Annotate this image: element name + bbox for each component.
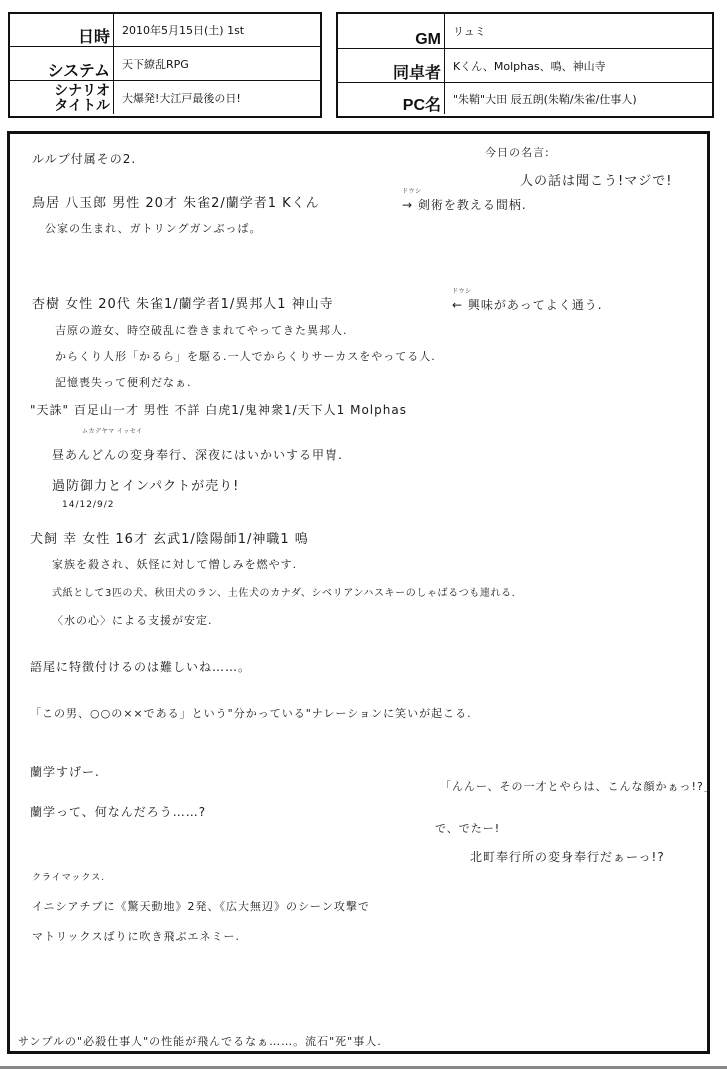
row-date: 日時 2010年5月15日(土) 1st bbox=[10, 14, 320, 47]
players-value: Kくん、Molphas、鳴、神山寺 bbox=[445, 49, 712, 82]
note-rangaku-2: 蘭学って、何なんだろう……? bbox=[30, 803, 206, 820]
date-value: 2010年5月15日(土) 1st bbox=[114, 14, 320, 46]
pc-name-label: PC名 bbox=[338, 83, 445, 114]
note-climax: クライマックス. bbox=[32, 870, 105, 883]
pc3-header: "天誅" 百足山一才 男性 不詳 白虎1/鬼神衆1/天下人1 Molphas bbox=[30, 401, 407, 418]
row-system: システム 天下繚乱RPG bbox=[10, 47, 320, 81]
session-info-table-right: GM リュミ 同卓者 Kくん、Molphas、鳴、神山寺 PC名 "朱鞘"大田 … bbox=[336, 12, 714, 118]
row-scenario: シナリオ タイトル 大爆発!大江戸最後の日! bbox=[10, 81, 320, 114]
pc4-desc-2: 式紙として3匹の犬、秋田犬のラン、土佐犬のカナダ、シベリアンハスキーのしゃばるつ… bbox=[52, 584, 515, 599]
players-label: 同卓者 bbox=[338, 49, 445, 82]
pc1-desc: 公家の生まれ、ガトリングガンぶっぱ。 bbox=[45, 220, 261, 236]
pc1-relation: → 剣術を教える間柄. bbox=[402, 196, 527, 213]
gm-label: GM bbox=[338, 14, 445, 48]
quote-text: 人の話は聞こう!マジで! bbox=[520, 170, 672, 189]
date-label: 日時 bbox=[10, 14, 114, 46]
row-players: 同卓者 Kくん、Molphas、鳴、神山寺 bbox=[338, 49, 712, 83]
pc1-header: 鳥居 八玉郎 男性 20才 朱雀2/蘭学者1 Kくん bbox=[32, 192, 320, 211]
pc3-ruby: ムカデヤマ イッセイ bbox=[82, 426, 143, 435]
scenario-label-line2: タイトル bbox=[54, 98, 110, 113]
note-rulebook: ルルブ付属その2. bbox=[32, 150, 136, 167]
pc2-relation-label: ドウシ bbox=[452, 286, 472, 295]
pc2-relation: ← 興味があってよく通う. bbox=[452, 296, 603, 313]
note-final: サンプルの"必殺仕事人"の性能が飛んでるなぁ……。流石"死"事人. bbox=[18, 1033, 382, 1049]
scenario-title-value: 大爆発!大江戸最後の日! bbox=[114, 81, 320, 114]
pc4-desc-1: 家族を殺され、妖怪に対して憎しみを燃やす. bbox=[52, 556, 297, 572]
row-pc-name: PC名 "朱鞘"大田 辰五朗(朱鞘/朱雀/仕事人) bbox=[338, 83, 712, 114]
note-climax-2: マトリックスばりに吹き飛ぶエネミー. bbox=[32, 928, 240, 944]
session-info-table-left: 日時 2010年5月15日(土) 1st システム 天下繚乱RPG シナリオ タ… bbox=[8, 12, 322, 118]
pc2-desc-2: からくり人形「かるら」を駆る.一人でからくりサーカスをやってる人. bbox=[55, 348, 436, 364]
gm-value: リュミ bbox=[445, 14, 712, 48]
pc4-header: 犬飼 幸 女性 16才 玄武1/陰陽師1/神職1 鳴 bbox=[30, 528, 309, 547]
pc-name-value: "朱鞘"大田 辰五朗(朱鞘/朱雀/仕事人) bbox=[445, 83, 712, 114]
system-label: システム bbox=[10, 47, 114, 80]
note-quote-2: で、でたー! bbox=[435, 820, 500, 836]
quote-heading: 今日の名言: bbox=[485, 144, 550, 160]
note-narration: 「この男、○○の××である」という"分かっている"ナレーションに笑いが起こる. bbox=[30, 705, 472, 721]
pc1-relation-label: ドウシ bbox=[402, 186, 422, 195]
note-rangaku-1: 蘭学すげー. bbox=[30, 763, 100, 780]
pc2-header: 杏樹 女性 20代 朱雀1/蘭学者1/異邦人1 神山寺 bbox=[32, 293, 334, 312]
scenario-label-line1: シナリオ bbox=[54, 83, 110, 98]
note-climax-1: イニシアチブに《驚天動地》2発、《広大無辺》のシーン攻撃で bbox=[32, 898, 370, 914]
system-value: 天下繚乱RPG bbox=[114, 47, 320, 80]
row-gm: GM リュミ bbox=[338, 14, 712, 49]
pc4-desc-3: 〈水の心〉による支援が安定. bbox=[52, 612, 213, 628]
scenario-title-label: シナリオ タイトル bbox=[10, 81, 114, 114]
pc3-desc-1: 昼あんどんの変身奉行、深夜にはいかいする甲冑. bbox=[52, 446, 343, 463]
page-bottom-edge bbox=[0, 1066, 727, 1069]
note-speech: 語尾に特徴付けるのは難しいね……。 bbox=[30, 658, 251, 675]
pc2-desc-1: 吉原の遊女、時空破乱に巻きまれてやってきた異邦人. bbox=[55, 322, 348, 338]
note-quote-3: 北町奉行所の変身奉行だぁーっ!? bbox=[470, 848, 665, 865]
pc3-stats: 14/12/9/2 bbox=[62, 500, 114, 510]
note-quote-1: 「んんー、その一才とやらは、こんな顔かぁっ!?」 bbox=[440, 778, 716, 794]
pc3-desc-2: 過防御力とインパクトが売り! bbox=[52, 475, 239, 494]
pc2-desc-3: 記憶喪失って便利だなぁ. bbox=[55, 374, 192, 390]
